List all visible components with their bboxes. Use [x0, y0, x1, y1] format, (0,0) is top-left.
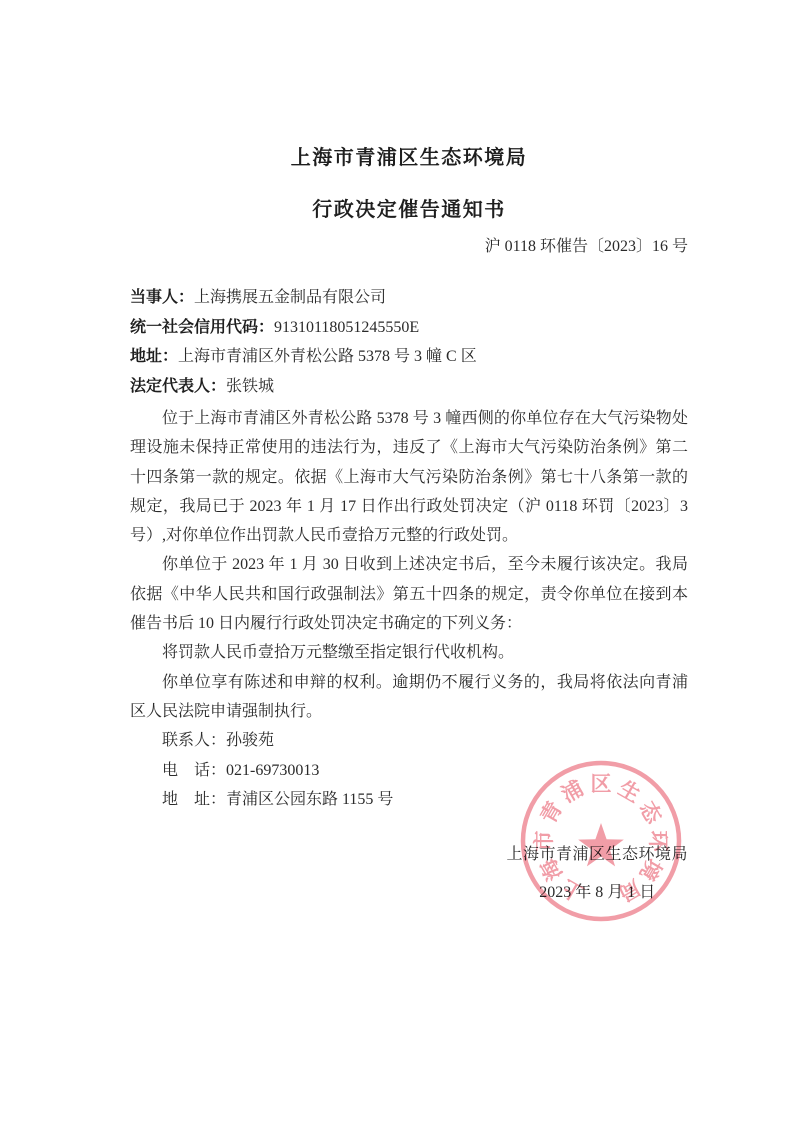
body-paragraph-violation: 位于上海市青浦区外青松公路 5378 号 3 幢西侧的你单位存在大气污染物处理设…: [130, 404, 688, 550]
party-info-block: 当事人：上海携展五金制品有限公司 统一社会信用代码：91310118051245…: [130, 283, 688, 401]
body-paragraph-demand: 你单位于 2023 年 1 月 30 日收到上述决定书后，至今未履行该决定。我局…: [130, 550, 688, 638]
contact-label: 联系人：: [162, 732, 226, 749]
party-value: 张铁城: [226, 378, 274, 395]
party-label: 地址：: [130, 348, 178, 365]
signature-date: 2023 年 8 月 1 日: [506, 882, 688, 904]
contact-label: 地 址：: [162, 791, 226, 808]
contact-label: 电 话：: [162, 762, 226, 779]
document-page: 上海市青浦区生态环境局 行政决定催告通知书 沪 0118 环催告〔2023〕16…: [0, 0, 800, 1131]
party-value: 上海携展五金制品有限公司: [194, 289, 386, 306]
body-paragraph-obligation: 将罚款人民币壹拾万元整缴至指定银行代收机构。: [130, 638, 688, 667]
signature-org: 上海市青浦区生态环境局: [506, 844, 688, 866]
party-value: 上海市青浦区外青松公路 5378 号 3 幢 C 区: [178, 348, 477, 365]
contact-value: 021-69730013: [226, 762, 319, 779]
contact-value: 青浦区公园东路 1155 号: [226, 791, 393, 808]
party-value: 91310118051245550E: [274, 319, 419, 336]
signature-block: 上海市青浦区生态环境局 2023 年 8 月 1 日: [506, 844, 688, 904]
document-subtitle: 行政决定催告通知书: [130, 198, 688, 222]
body-paragraphs: 位于上海市青浦区外青松公路 5378 号 3 幢西侧的你单位存在大气污染物处理设…: [130, 404, 688, 726]
document-title: 上海市青浦区生态环境局: [130, 146, 688, 170]
contact-value: 孙骏苑: [226, 732, 274, 749]
party-label: 法定代表人：: [130, 378, 226, 395]
party-label: 统一社会信用代码：: [130, 319, 274, 336]
body-paragraph-rights: 你单位享有陈述和申辩的权利。逾期仍不履行义务的，我局将依法向青浦区人民法院申请强…: [130, 668, 688, 727]
contact-block: 联系人：孙骏苑 电 话：021-69730013 地 址：青浦区公园东路 115…: [130, 726, 688, 814]
document-number: 沪 0118 环催告〔2023〕16 号: [130, 235, 688, 259]
party-row-credit-code: 统一社会信用代码：91310118051245550E: [130, 313, 688, 343]
party-row-address: 地址：上海市青浦区外青松公路 5378 号 3 幢 C 区: [130, 342, 688, 372]
contact-row-address: 地 址：青浦区公园东路 1155 号: [130, 785, 688, 814]
party-label: 当事人：: [130, 289, 194, 306]
document-content: 上海市青浦区生态环境局 行政决定催告通知书 沪 0118 环催告〔2023〕16…: [0, 0, 800, 904]
party-row-name: 当事人：上海携展五金制品有限公司: [130, 283, 688, 313]
signature-area: 上海市青浦区生态环境局 2023 年 8 月 1 日: [130, 844, 688, 904]
contact-row-phone: 电 话：021-69730013: [130, 756, 688, 785]
contact-row-person: 联系人：孙骏苑: [130, 726, 688, 755]
party-row-legal-rep: 法定代表人：张铁城: [130, 372, 688, 402]
